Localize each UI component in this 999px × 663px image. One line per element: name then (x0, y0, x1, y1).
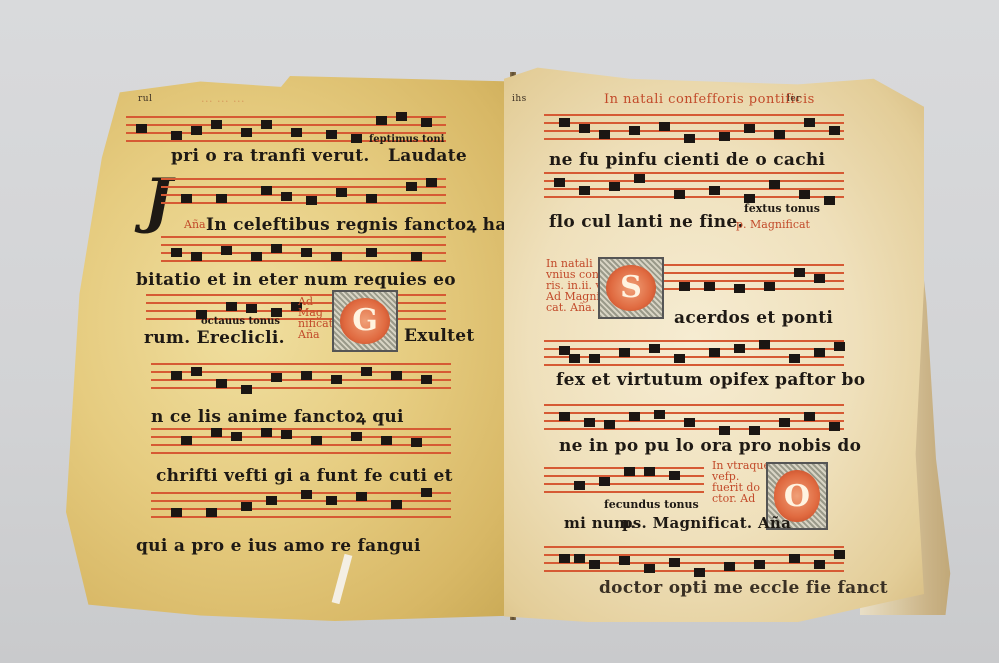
tone-label: fecundus tonus (604, 498, 699, 511)
lyric-line: Laudate (388, 146, 467, 166)
lyric-line: In celeftibus regnis fanctoꝝ ha (206, 212, 507, 235)
lyric-line: ne in po pu lo ora pro nobis do (559, 436, 861, 456)
illuminated-initial-g: G (332, 290, 398, 352)
staff (544, 546, 844, 572)
staff (544, 172, 844, 198)
staff (544, 114, 844, 140)
tone-label: octauus tonus (201, 316, 280, 327)
lyric-line: qui a pro e ius amo re fangui (136, 536, 421, 556)
antiphon-mark: Aña (184, 219, 206, 230)
magnificat-rubric: p. Magnificat (736, 219, 810, 230)
staff (544, 340, 844, 366)
right-page: ihs In natali confefforis pontificis ler… (504, 62, 924, 622)
lyric-line: bitatio et in eter num requies eo (136, 270, 456, 290)
lyric-line: rum. Ereclicli. (144, 328, 285, 348)
illuminated-initial-s: S (598, 257, 664, 319)
staff (151, 428, 451, 454)
staff (151, 492, 451, 518)
lyric-line: n ce lis anime fanctoꝝ qui (151, 404, 404, 427)
right-header-mark: ler (787, 94, 801, 104)
magnificat-note: Ad Mag nificat Aña (298, 296, 333, 340)
manuscript-photo: rul ... ... ... feptimus toni pri o ra t… (0, 0, 999, 663)
lyric-line: flo cul lanti ne fine. (549, 212, 744, 232)
left-header: ... ... ... (201, 92, 245, 105)
lyric-line: ne fu pinfu cienti de o cachi (549, 150, 825, 170)
left-header-mark: rul (138, 94, 152, 104)
side-rubric-note-2: In vtraque vefp. fuerit do ctor. Ad (712, 460, 770, 504)
staff (664, 264, 844, 290)
left-page: rul ... ... ... feptimus toni pri o ra t… (66, 76, 514, 621)
lyric-line: Exultet (404, 326, 475, 346)
staff (161, 178, 446, 204)
lyric-line: doctor opti me eccle fie fanct (599, 578, 888, 598)
staff (544, 467, 704, 493)
lyric-line: acerdos et ponti (674, 308, 833, 328)
right-header-left-mark: ihs (512, 94, 527, 104)
staff (161, 236, 446, 262)
tone-label: feptimus toni (369, 134, 444, 145)
tone-label: fextus tonus (744, 202, 820, 215)
lyric-line: pri o ra tranfi verut. (171, 146, 370, 166)
staff (146, 294, 446, 320)
staff (544, 404, 844, 430)
staff (151, 363, 451, 389)
lyric-line: chrifti vefti gi a funt fe cuti et (156, 466, 453, 486)
page-tear (332, 554, 353, 604)
right-header: In natali confefforis pontificis (604, 92, 815, 107)
lyric-line: fex et virtutum opifex paftor bo (556, 370, 865, 390)
magnificat-rubric: ps. Magnificat. Aña (622, 514, 791, 532)
